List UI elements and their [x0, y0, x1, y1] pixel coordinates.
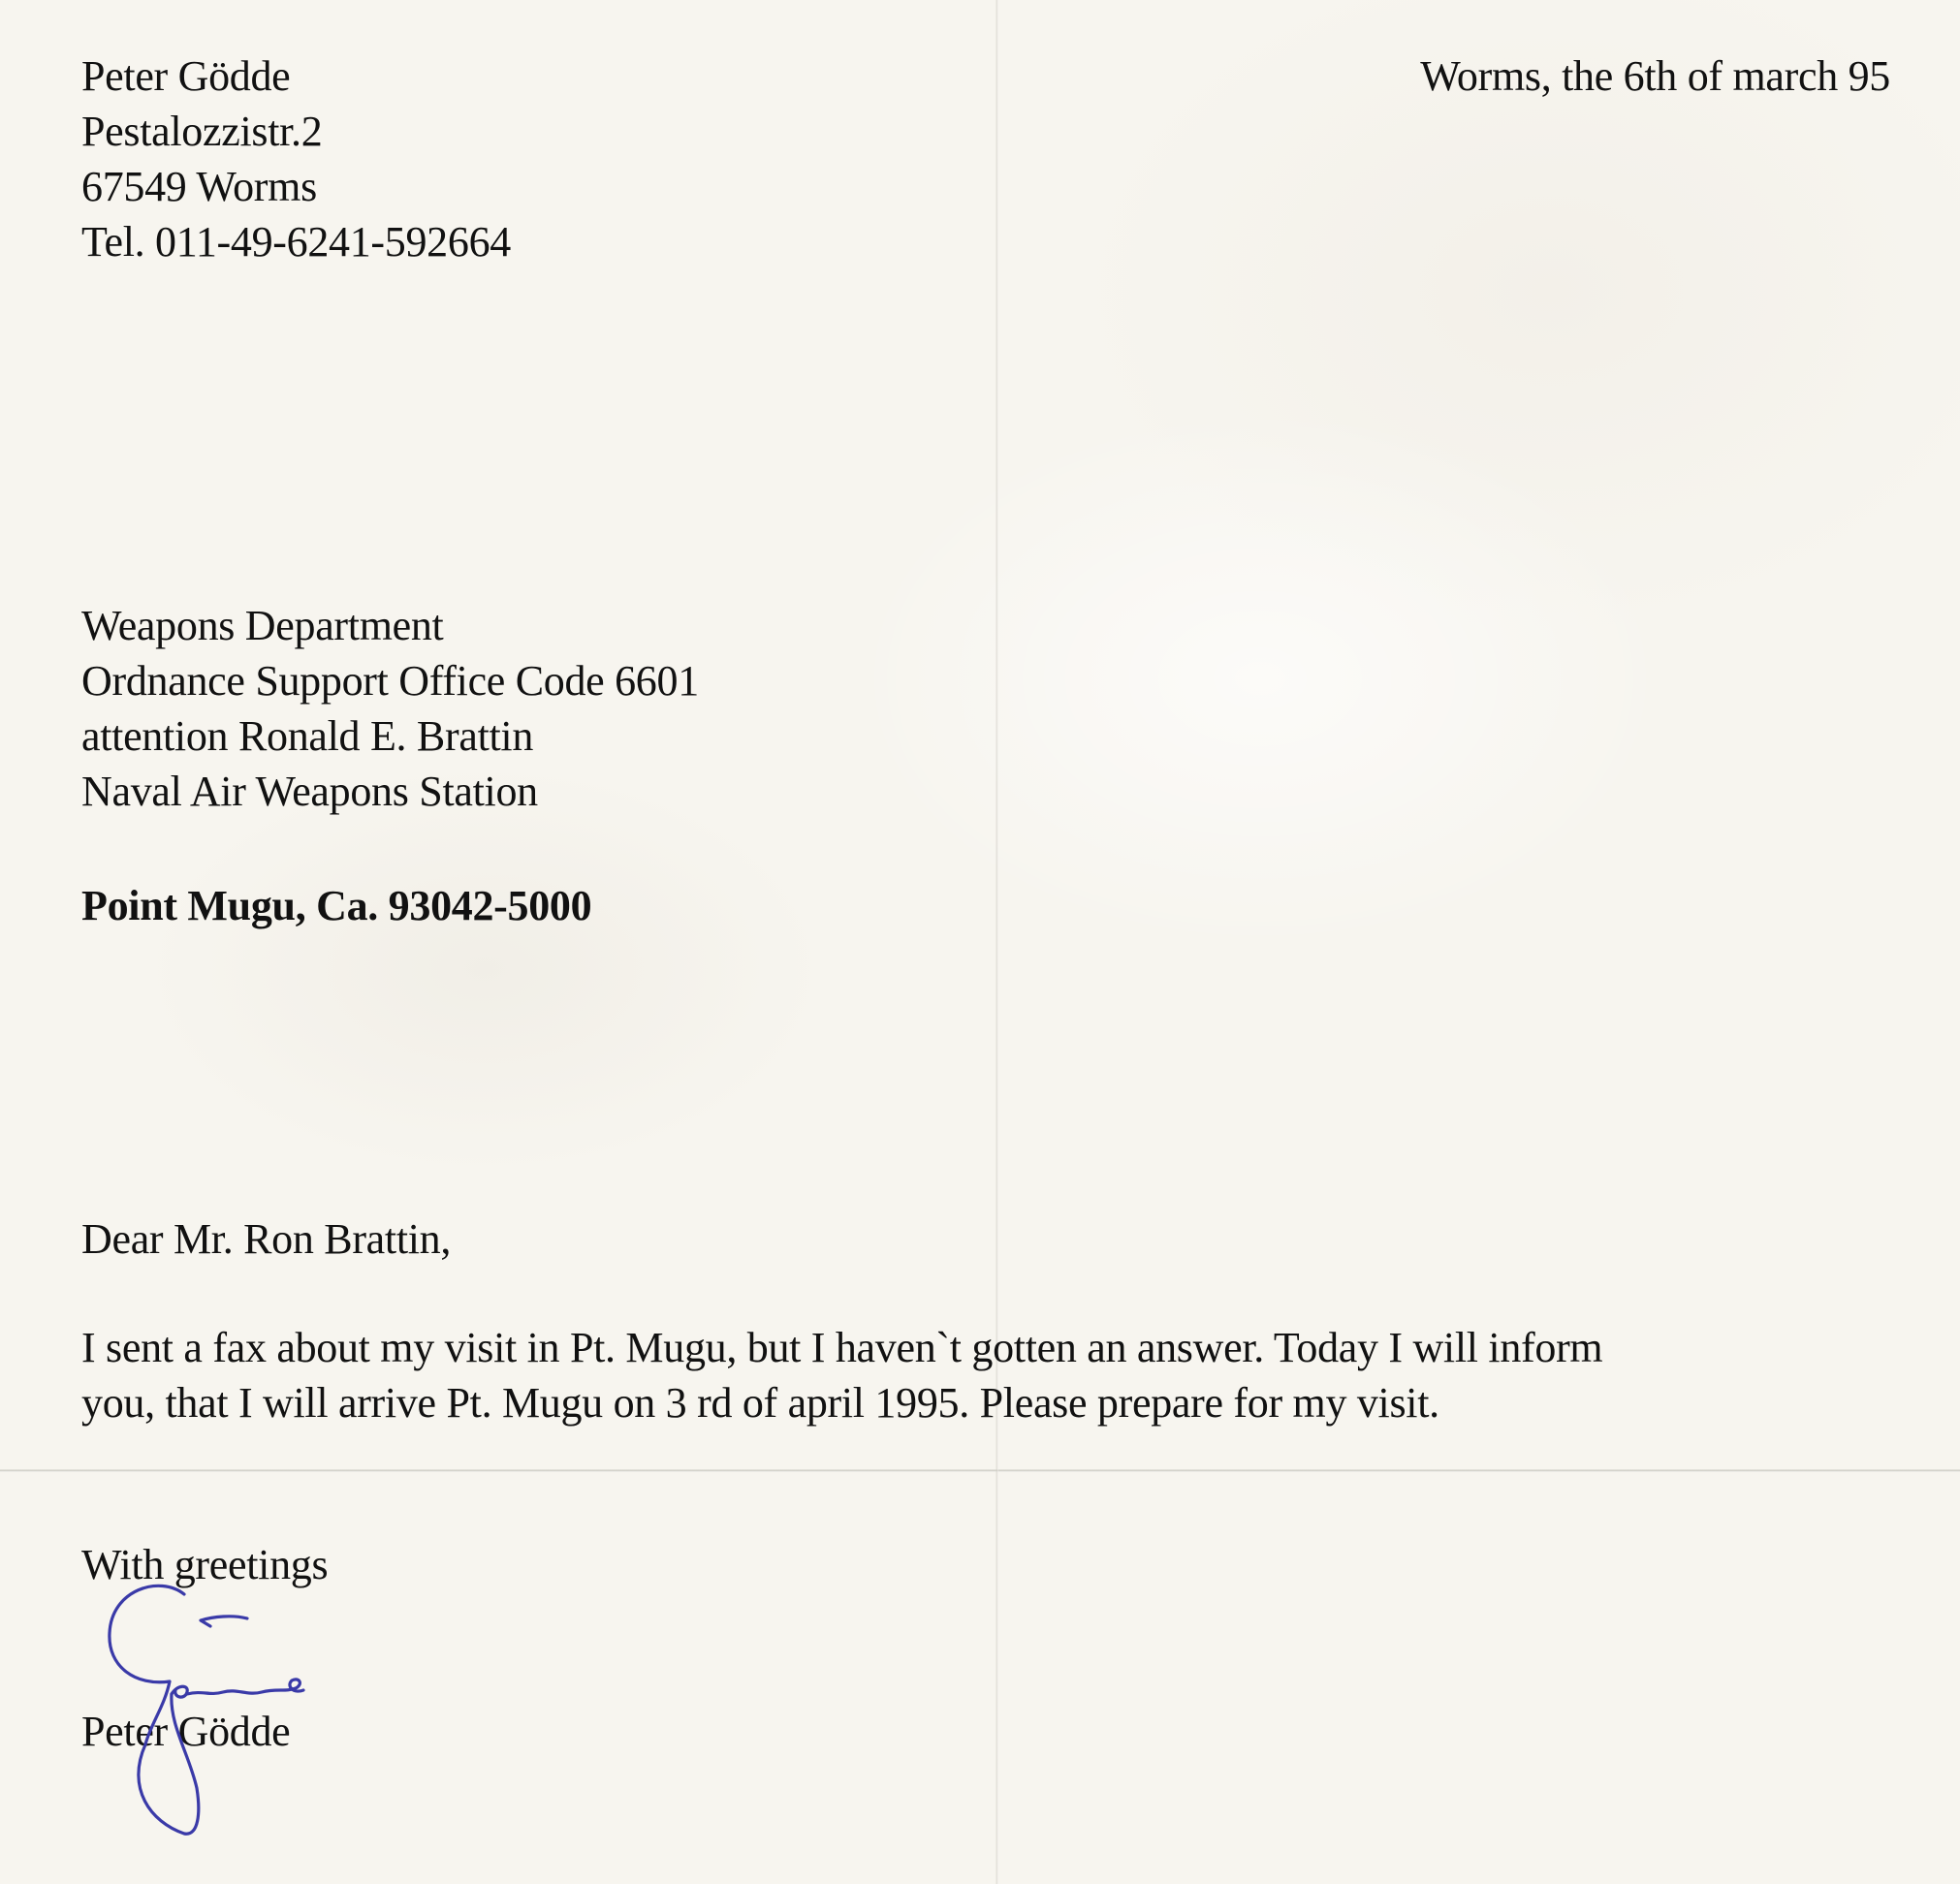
letter-body: I sent a fax about my visit in Pt. Mugu,…: [81, 1320, 1602, 1430]
letter-date: Worms, the 6th of march 95: [1420, 48, 1890, 104]
horizontal-fold-line: [0, 1469, 1960, 1472]
handwritten-signature-icon: [92, 1580, 315, 1841]
vertical-fold-line: [996, 0, 998, 1884]
sender-phone: Tel. 011-49-6241-592664: [81, 214, 511, 269]
recipient-office: Ordnance Support Office Code 6601: [81, 653, 699, 708]
sender-street: Pestalozzistr.2: [81, 104, 511, 159]
recipient-city: Point Mugu, Ca. 93042-5000: [81, 878, 591, 933]
body-line: you, that I will arrive Pt. Mugu on 3 rd…: [81, 1375, 1602, 1430]
body-line: I sent a fax about my visit in Pt. Mugu,…: [81, 1320, 1602, 1375]
recipient-department: Weapons Department: [81, 598, 699, 653]
recipient-address-block: Weapons Department Ordnance Support Offi…: [81, 598, 699, 819]
sender-city: 67549 Worms: [81, 159, 511, 214]
recipient-station: Naval Air Weapons Station: [81, 764, 699, 819]
sender-address-block: Peter Gödde Pestalozzistr.2 67549 Worms …: [81, 48, 511, 269]
recipient-attention: attention Ronald E. Brattin: [81, 708, 699, 764]
salutation: Dear Mr. Ron Brattin,: [81, 1211, 451, 1267]
sender-name: Peter Gödde: [81, 48, 511, 104]
